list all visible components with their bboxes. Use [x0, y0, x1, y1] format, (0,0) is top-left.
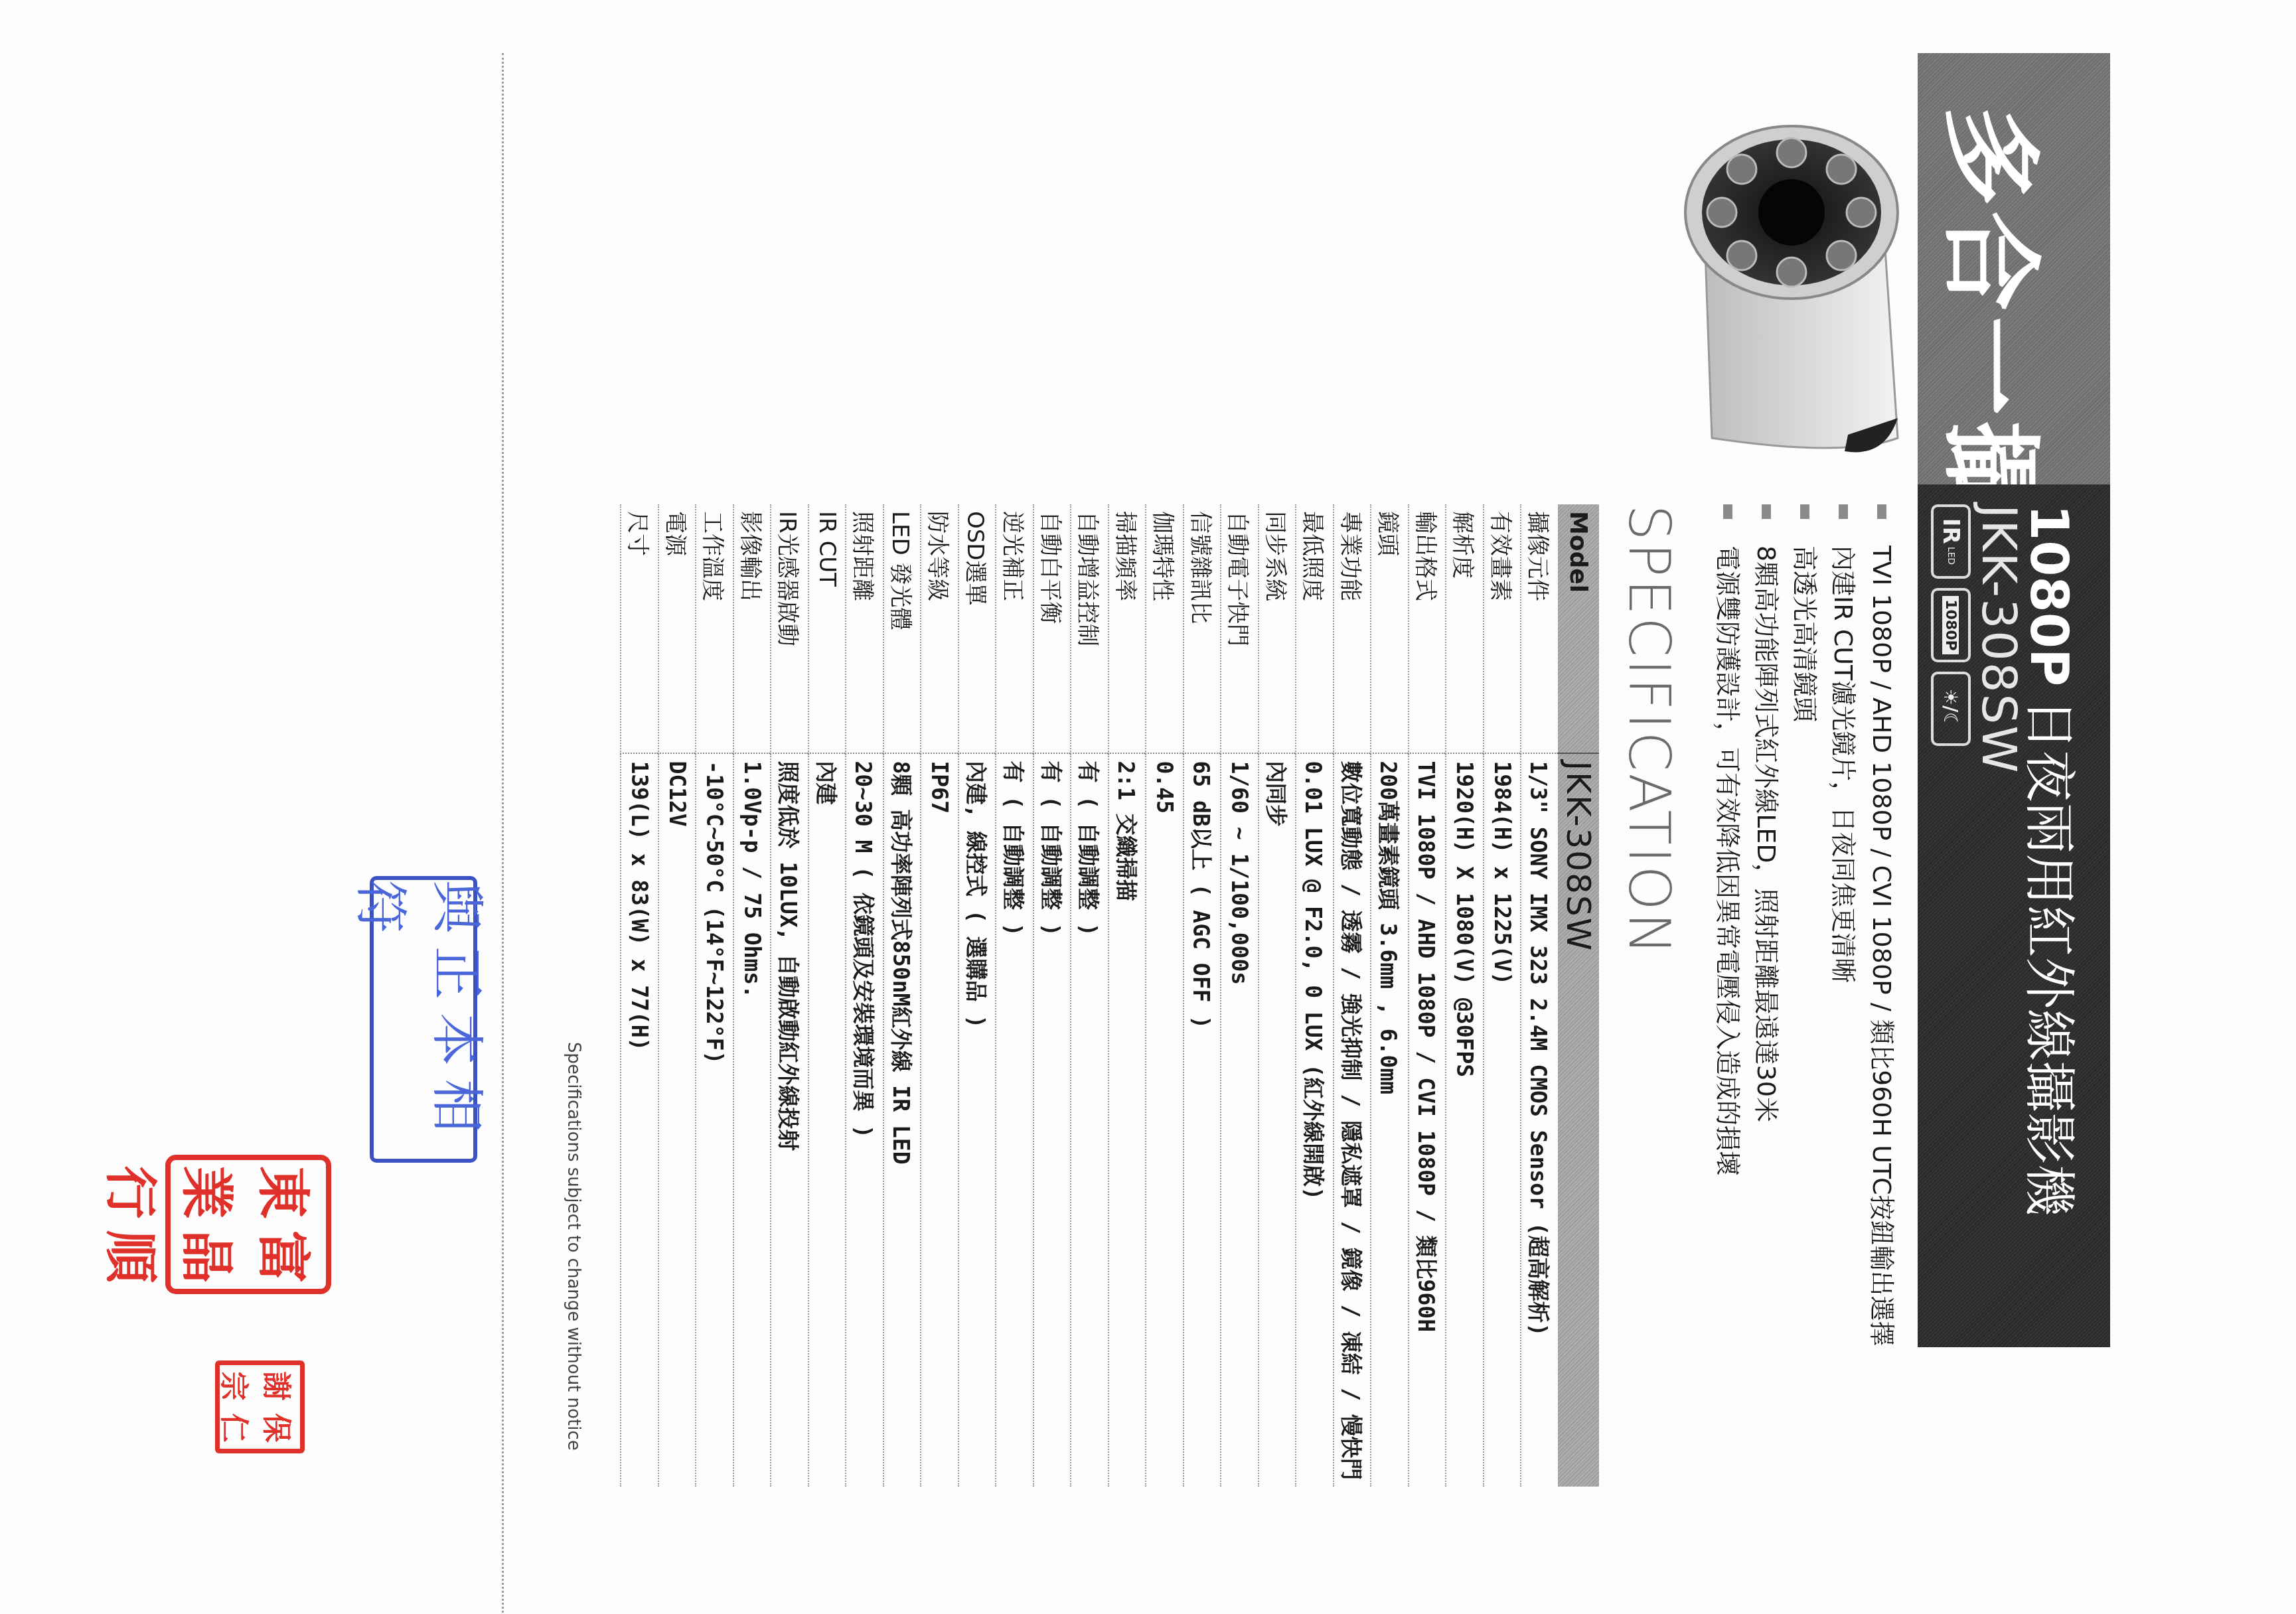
spec-label: 有效畫素 [1484, 504, 1521, 753]
personal-seal-stamp: 謝保 宗仁 [215, 1360, 305, 1453]
spec-sheet-page: 多合一攝影機 1080P日夜兩用紅外線攝影機 JKK-308SW IRLED 1… [0, 0, 2296, 1614]
table-row: 有效畫素1984(H) x 1225(V) [1484, 504, 1521, 1487]
spec-value: 有 ( 自動調整 ) [1071, 753, 1109, 1487]
table-row: 鏡頭200萬畫素鏡頭 3.6mm , 6.0mm [1371, 504, 1409, 1487]
table-row: 工作溫度-10°C~50°C (14°F~122°F) [696, 504, 734, 1487]
spec-label: 輸出格式 [1409, 504, 1446, 753]
spec-value: 內建, 線控式 ( 選購品 ) [958, 753, 996, 1487]
table-row: 專業功能數位寬動態 / 透霧 / 強光抑制 / 隱私遮罩 / 鏡像 / 凍結 /… [1334, 504, 1371, 1487]
spec-value: DC12V [658, 753, 696, 1487]
ir-led-icon: IRLED [1931, 504, 1971, 579]
spec-value: 照度低於 10LUX, 自動啟動紅外線投射 [771, 753, 809, 1487]
table-row: 伽瑪特性0.45 [1146, 504, 1184, 1487]
spec-value: 有 ( 自動調整 ) [1033, 753, 1071, 1487]
spec-value: 8顆 高功率陣列式850nM紅外線 IR LED [883, 753, 921, 1487]
feature-item: 內建IR CUT濾光鏡片，日夜同焦更清晰 [1824, 504, 1863, 1346]
table-row: 自動增益控制有 ( 自動調整 ) [1071, 504, 1109, 1487]
feature-badges: IRLED 1080P ☀/☾ [1931, 504, 1971, 746]
category-header-bar: 多合一攝影機 [1918, 53, 2110, 484]
table-row: 同步系統內同步 [1259, 504, 1296, 1487]
spec-label: 信號雜訊比 [1184, 504, 1221, 753]
spec-value: IP67 [921, 753, 959, 1487]
spec-label: 自動白平衡 [1033, 504, 1071, 753]
specification-heading: SPECIFICATION [1616, 504, 1682, 957]
company-seal-stamp: 東富 業晶 行順 [165, 1155, 331, 1294]
spec-label: 同步系統 [1259, 504, 1296, 753]
spec-label: 尺寸 [621, 504, 659, 753]
table-row: 照射距離20~30 M ( 依鏡頭及安裝環境而異 ) [846, 504, 884, 1487]
bullet-camera-image [1659, 106, 1924, 465]
table-row: 逆光補正有 ( 自動調整 ) [996, 504, 1034, 1487]
spec-value: 1/3" SONY IMX 323 2.4M CMOS Sensor (超高解析… [1521, 753, 1559, 1487]
spec-label: 逆光補正 [996, 504, 1034, 753]
spec-value: 2:1 交織掃描 [1109, 753, 1146, 1487]
spec-value: TVI 1080P / AHD 1080P / CVI 1080P / 類比96… [1409, 753, 1446, 1487]
day-night-icon: ☀/☾ [1931, 672, 1971, 746]
spec-value: 數位寬動態 / 透霧 / 強光抑制 / 隱私遮罩 / 鏡像 / 凍結 / 慢快門 [1334, 753, 1371, 1487]
fold-line [502, 53, 504, 1613]
table-row: 自動白平衡有 ( 自動調整 ) [1033, 504, 1071, 1487]
specification-table: Model JKK-308SW 攝像元件1/3" SONY IMX 323 2.… [621, 504, 1600, 1487]
spec-value: 1984(H) x 1225(V) [1484, 753, 1521, 1487]
model-column-label: Model [1558, 504, 1599, 753]
feature-item: 高透光高清鏡頭 [1786, 504, 1824, 1346]
spec-label: IR CUT [808, 504, 846, 753]
table-row: 輸出格式TVI 1080P / AHD 1080P / CVI 1080P / … [1409, 504, 1446, 1487]
certified-copy-stamp: 與正本相符 [370, 876, 477, 1163]
table-row: 最低照度0.01 LUX @ F2.0, 0 LUX (紅外線開啟) [1296, 504, 1334, 1487]
bullet-square-icon [1839, 504, 1848, 519]
spec-value: -10°C~50°C (14°F~122°F) [696, 753, 734, 1487]
table-row: 影像輸出1.0Vp-p / 75 Ohms. [733, 504, 771, 1487]
product-title-text: 日夜兩用紅外線攝影機 [2019, 698, 2078, 1216]
feature-list: TVI 1080P / AHD 1080P / CVI 1080P / 類比96… [1709, 504, 1901, 1346]
table-row: IR光感器啟動照度低於 10LUX, 自動啟動紅外線投射 [771, 504, 809, 1487]
spec-label: 電源 [658, 504, 696, 753]
table-row: 信號雜訊比65 dB以上 ( AGC OFF ) [1184, 504, 1221, 1487]
spec-value: 1/60 ~ 1/100,000s [1221, 753, 1259, 1487]
table-row: 防水等級IP67 [921, 504, 959, 1487]
spec-label: 防水等級 [921, 504, 959, 753]
spec-value: 65 dB以上 ( AGC OFF ) [1184, 753, 1221, 1487]
spec-label: LED 發光體 [883, 504, 921, 753]
spec-label: OSD選單 [958, 504, 996, 753]
bullet-square-icon [1800, 504, 1809, 519]
table-row: 掃描頻率2:1 交織掃描 [1109, 504, 1146, 1487]
bullet-square-icon [1877, 504, 1886, 519]
feature-item: TVI 1080P / AHD 1080P / CVI 1080P / 類比96… [1863, 504, 1901, 1346]
spec-label: 照射距離 [846, 504, 884, 753]
spec-value: 20~30 M ( 依鏡頭及安裝環境而異 ) [846, 753, 884, 1487]
spec-label: 專業功能 [1334, 504, 1371, 753]
spec-label: 自動電子快門 [1221, 504, 1259, 753]
spec-label: 影像輸出 [733, 504, 771, 753]
disclaimer-note: Specifications subject to change without… [564, 1042, 583, 1451]
table-row: 尺寸139(L) x 83(W) x 77(H) [621, 504, 659, 1487]
spec-label: 自動增益控制 [1071, 504, 1109, 753]
spec-value: 內建 [808, 753, 846, 1487]
model-name: JKK-308SW [1971, 504, 2027, 774]
table-row: 電源DC12V [658, 504, 696, 1487]
spec-label: 工作溫度 [696, 504, 734, 753]
spec-label: 掃描頻率 [1109, 504, 1146, 753]
bullet-square-icon [1762, 504, 1771, 519]
spec-label: IR光感器啟動 [771, 504, 809, 753]
bullet-square-icon [1723, 504, 1732, 519]
spec-label: 最低照度 [1296, 504, 1334, 753]
spec-label: 鏡頭 [1371, 504, 1409, 753]
spec-label: 解析度 [1446, 504, 1484, 753]
spec-value: 0.45 [1146, 753, 1184, 1487]
spec-value: 200萬畫素鏡頭 3.6mm , 6.0mm [1371, 753, 1409, 1487]
spec-value: 139(L) x 83(W) x 77(H) [621, 753, 659, 1487]
table-row: IR CUT內建 [808, 504, 846, 1487]
spec-value: 有 ( 自動調整 ) [996, 753, 1034, 1487]
feature-item: 8顆高功能陣列式紅外線LED，照射距離最遠達30米 [1747, 504, 1786, 1346]
spec-value: 1.0Vp-p / 75 Ohms. [733, 753, 771, 1487]
1080p-resolution-icon: 1080P [1931, 588, 1971, 662]
table-row: OSD選單內建, 線控式 ( 選購品 ) [958, 504, 996, 1487]
spec-value: 1920(H) X 1080(V) @30FPS [1446, 753, 1484, 1487]
resolution-tag: 1080P [2019, 504, 2078, 686]
table-header-row: Model JKK-308SW [1558, 504, 1599, 1487]
feature-item: 電源雙防護設計，可有效降低因異常電壓侵入造成的損壞 [1709, 504, 1747, 1346]
table-row: 自動電子快門1/60 ~ 1/100,000s [1221, 504, 1259, 1487]
model-column-value: JKK-308SW [1558, 753, 1599, 1487]
table-row: 解析度1920(H) X 1080(V) @30FPS [1446, 504, 1484, 1487]
spec-value: 內同步 [1259, 753, 1296, 1487]
table-row: 攝像元件1/3" SONY IMX 323 2.4M CMOS Sensor (… [1521, 504, 1559, 1487]
spec-label: 伽瑪特性 [1146, 504, 1184, 753]
spec-value: 0.01 LUX @ F2.0, 0 LUX (紅外線開啟) [1296, 753, 1334, 1487]
table-row: LED 發光體8顆 高功率陣列式850nM紅外線 IR LED [883, 504, 921, 1487]
spec-label: 攝像元件 [1521, 504, 1559, 753]
